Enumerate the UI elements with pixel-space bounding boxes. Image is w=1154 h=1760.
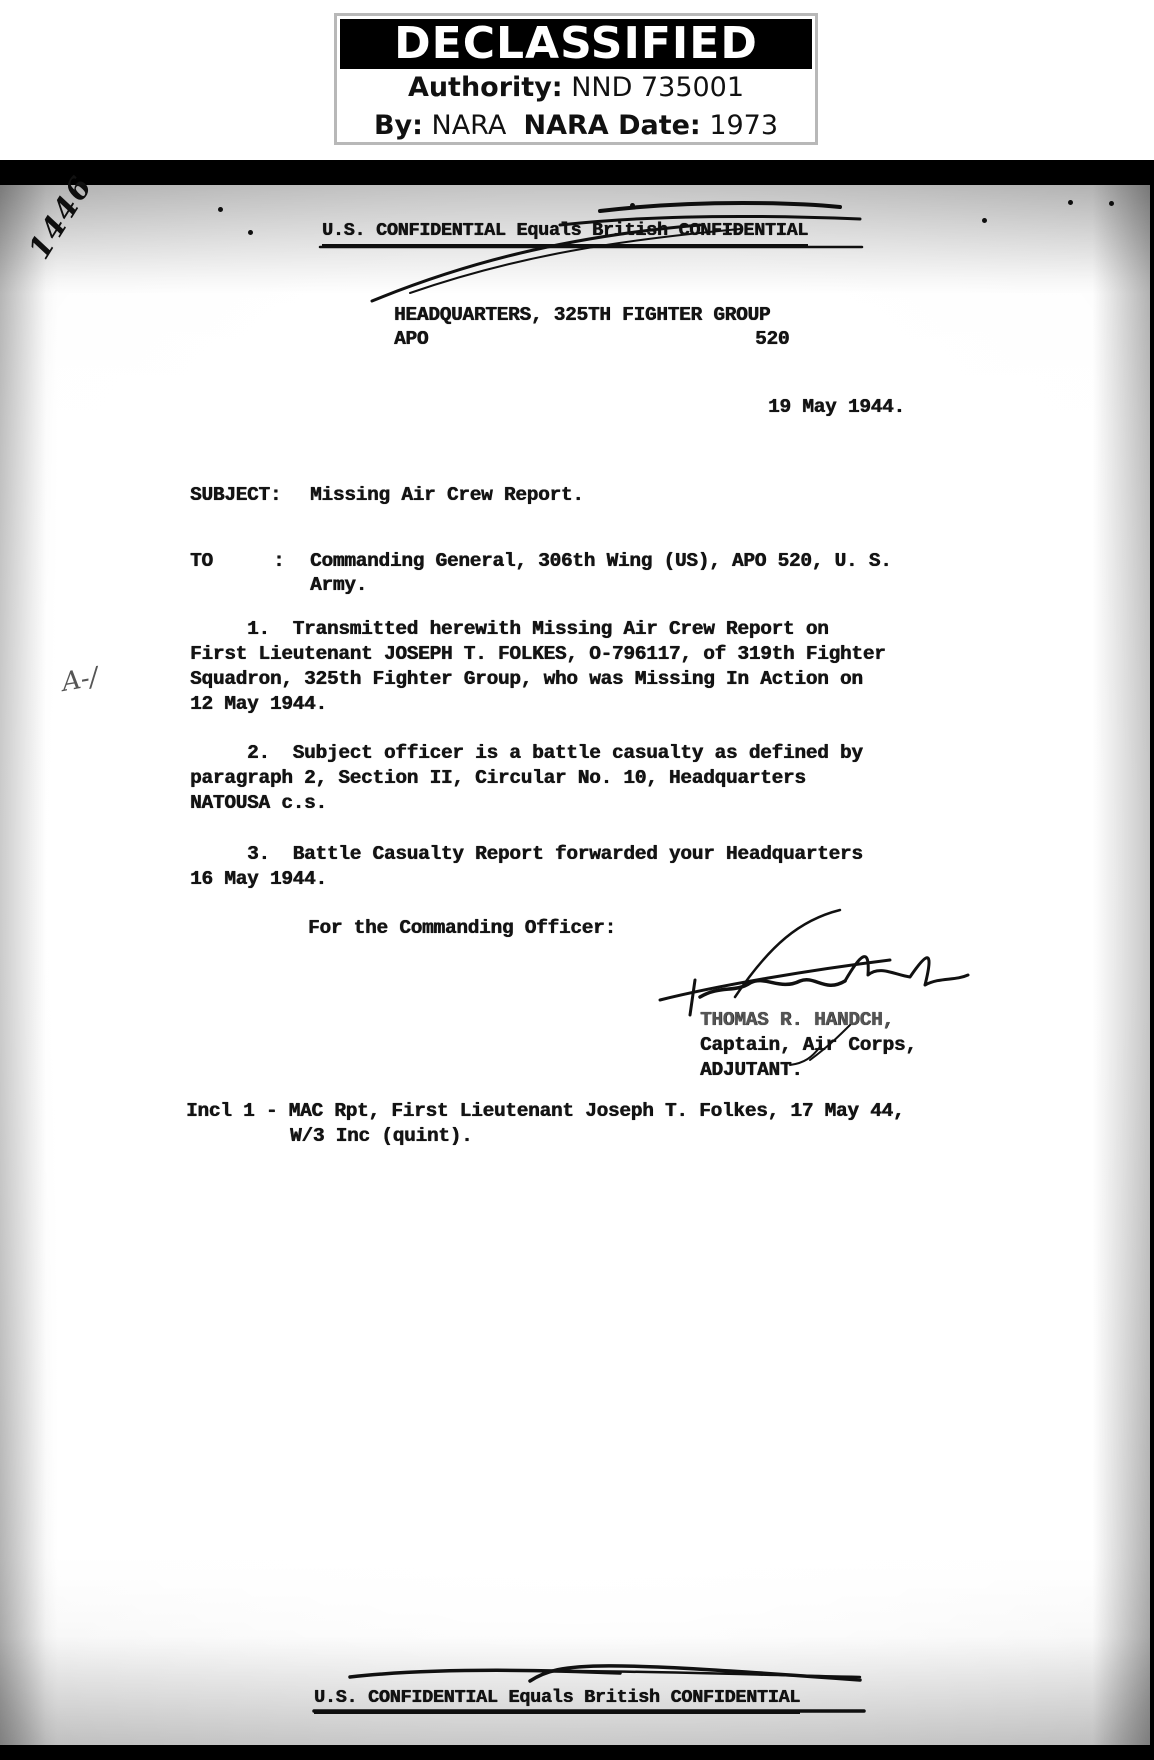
paper-speck <box>1109 201 1114 206</box>
letterhead-apo-number: 520 <box>755 327 789 352</box>
subject-text: Missing Air Crew Report. <box>310 483 584 508</box>
to-label: TO <box>190 549 213 574</box>
paragraph-line: 12 May 1944. <box>190 692 327 717</box>
stamp-by-date: By: NARA NARA Date: 1973 <box>337 107 815 145</box>
paragraph-line: paragraph 2, Section II, Circular No. 10… <box>190 766 806 791</box>
paper-speck <box>630 203 635 208</box>
paragraph-line: 3. Battle Casualty Report forwarded your… <box>190 842 863 867</box>
to-colon: : <box>273 549 284 574</box>
to-line-2: Army. <box>310 573 367 598</box>
paragraph-line: First Lieutenant JOSEPH T. FOLKES, O-796… <box>190 642 886 667</box>
enclosure-line-1: Incl 1 - MAC Rpt, First Lieutenant Josep… <box>186 1099 904 1124</box>
paragraph-line: NATOUSA c.s. <box>190 791 327 816</box>
by-label: By: <box>374 110 423 141</box>
handwritten-file-number: 1446 <box>22 169 100 265</box>
declassified-stamp: DECLASSIFIED Authority: NND 735001 By: N… <box>334 13 818 145</box>
paragraph-line: Squadron, 325th Fighter Group, who was M… <box>190 667 863 692</box>
letterhead-unit: HEADQUARTERS, 325TH FIGHTER GROUP <box>394 303 770 328</box>
paper-speck <box>1068 200 1073 205</box>
paragraph-line: 2. Subject officer is a battle casualty … <box>190 741 863 766</box>
paragraph-line: 1. Transmitted herewith Missing Air Crew… <box>190 617 829 642</box>
authority-value: NND 735001 <box>571 72 744 103</box>
stamp-authority: Authority: NND 735001 <box>337 69 815 107</box>
enclosure-line-2: W/3 Inc (quint). <box>290 1124 472 1149</box>
classification-footer: U.S. CONFIDENTIAL Equals British CONFIDE… <box>314 1685 800 1714</box>
authority-label: Authority: <box>408 72 563 103</box>
handwritten-margin-mark: A-/ <box>60 662 101 698</box>
paper-speck <box>982 218 987 223</box>
by-value: NARA <box>432 110 507 141</box>
signatory-title: ADJUTANT. <box>700 1058 803 1083</box>
classification-header: U.S. CONFIDENTIAL Equals British CONFIDE… <box>322 218 808 247</box>
paragraph-line: 16 May 1944. <box>190 867 327 892</box>
closing-line: For the Commanding Officer: <box>308 916 616 941</box>
to-line-1: Commanding General, 306th Wing (US), APO… <box>310 549 892 574</box>
signatory-rank: Captain, Air Corps, <box>700 1033 917 1058</box>
paper-speck <box>248 230 253 235</box>
ink-strokes <box>0 185 1150 1745</box>
nara-date-value: 1973 <box>709 110 778 141</box>
paper-speck <box>218 207 223 212</box>
signatory-name: THOMAS R. HANDCH, <box>700 1008 894 1033</box>
stamp-title: DECLASSIFIED <box>340 19 812 69</box>
scanned-page-frame: 1446 A-/ U.S. CONFIDENTIAL Equals Britis… <box>0 160 1154 1760</box>
nara-date-label: NARA Date: <box>524 110 701 141</box>
document-date: 19 May 1944. <box>768 395 905 420</box>
letterhead-apo-label: APO <box>394 327 428 352</box>
document-page: 1446 A-/ U.S. CONFIDENTIAL Equals Britis… <box>0 185 1150 1745</box>
subject-label: SUBJECT: <box>190 483 281 508</box>
